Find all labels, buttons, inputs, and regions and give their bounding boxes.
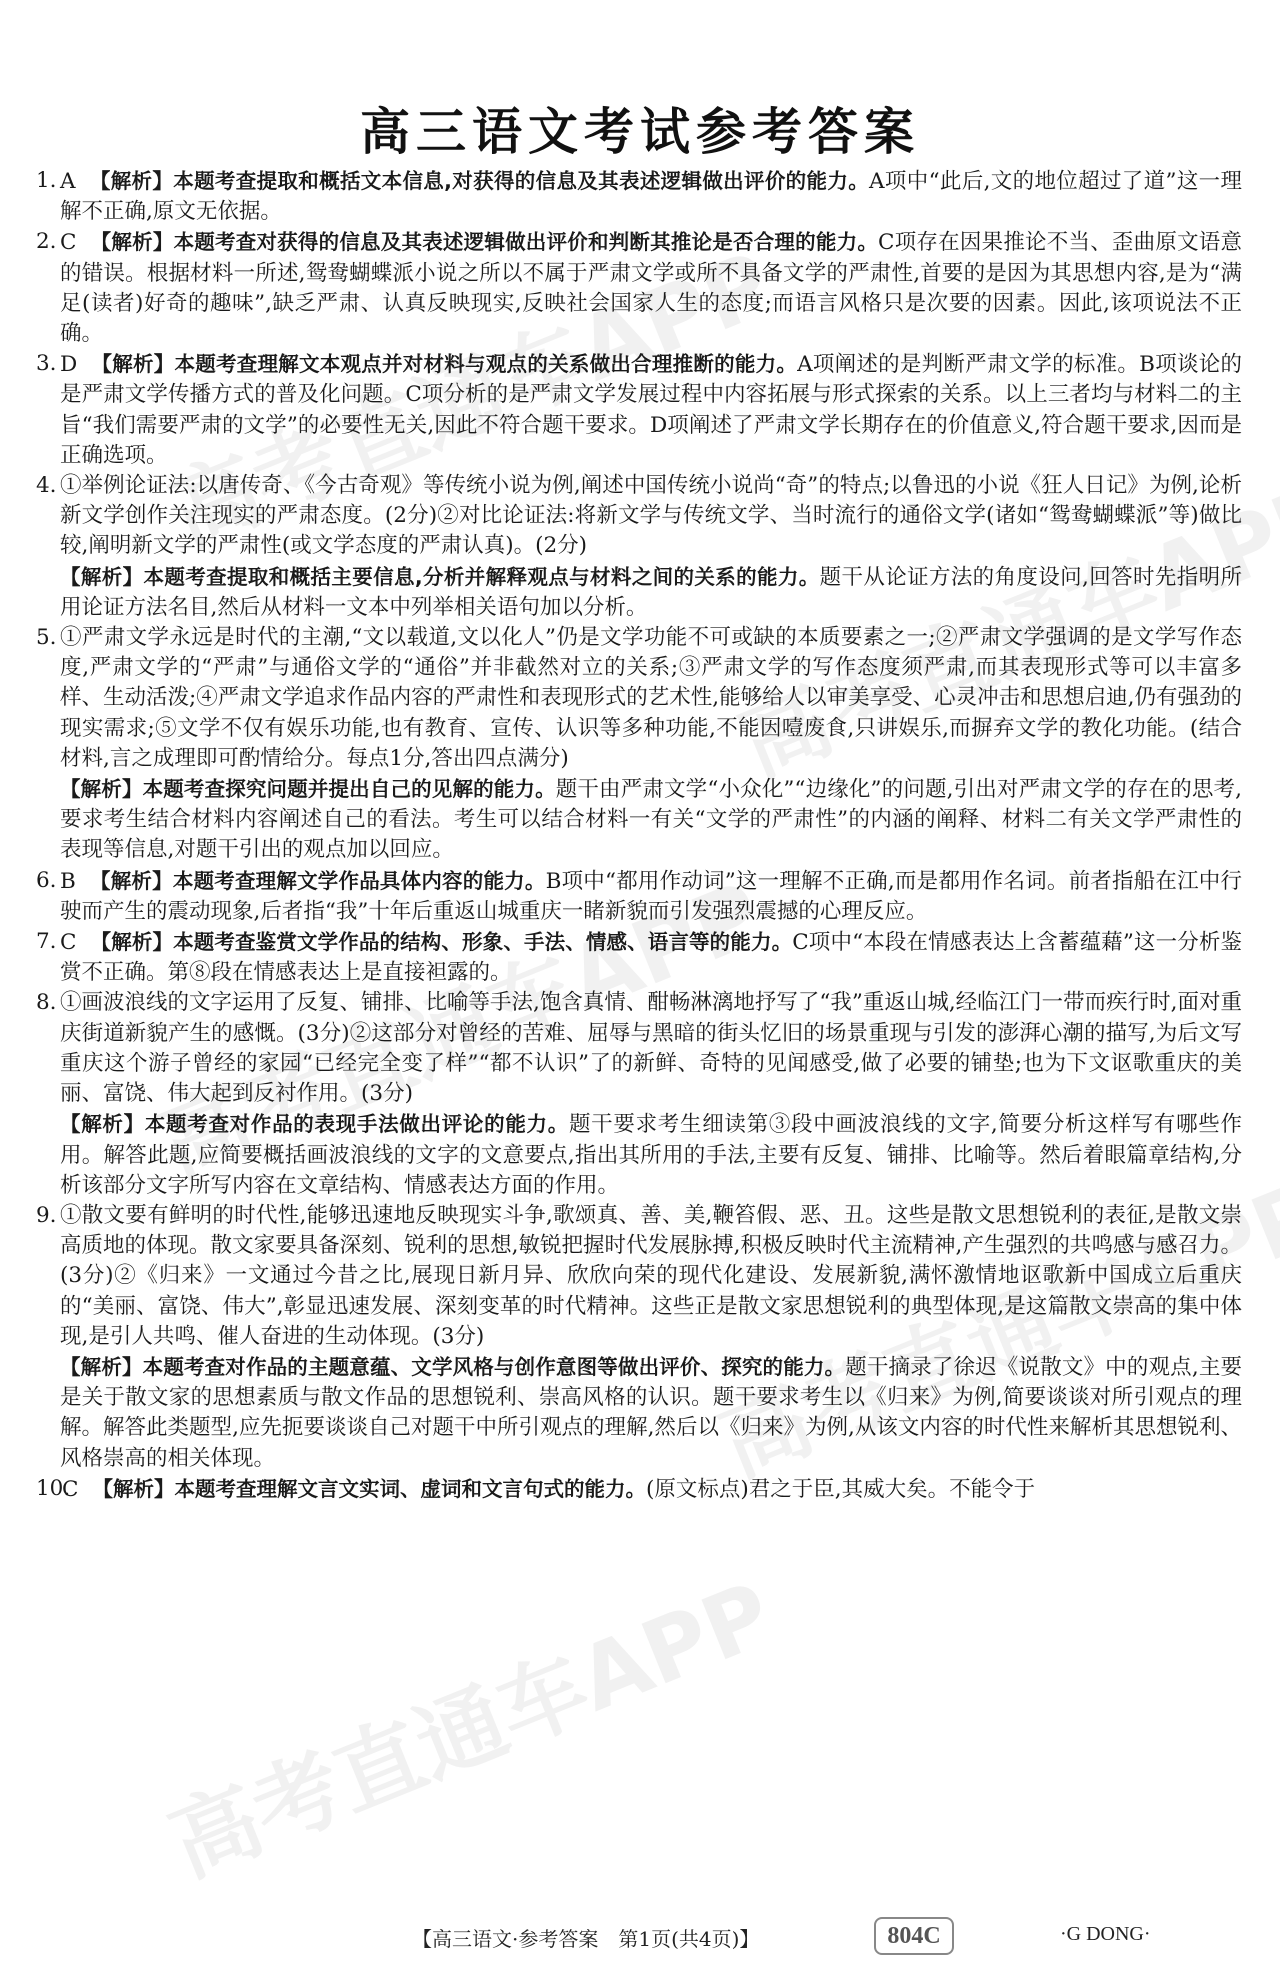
exam-code-badge: 804C <box>874 1917 954 1955</box>
analysis-summary: 本题考查对作品的主题意蕴、文学风格与创作意图等做出评价、探究的能力。 <box>143 1355 846 1379</box>
answer-item-2: 2. C【解析】本题考查对获得的信息及其表述逻辑做出评价和判断其推论是否合理的能… <box>36 227 1242 349</box>
answer-list: 1. A【解析】本题考查提取和概括文本信息,对获得的信息及其表述逻辑做出评价的能… <box>36 166 1242 1505</box>
analysis-text: (原文标点)君之于臣,其威大矣。不能令于 <box>646 1477 1035 1502</box>
analysis-tag: 【解析】 <box>92 1477 174 1501</box>
answer-choice: B <box>60 869 76 894</box>
analysis-summary: 本题考查对获得的信息及其表述逻辑做出评价和判断其推论是否合理的能力。 <box>174 230 878 254</box>
analysis-tag: 【解析】 <box>90 930 173 954</box>
analysis-tag: 【解析】 <box>60 1112 145 1136</box>
answer-item-1: 1. A【解析】本题考查提取和概括文本信息,对获得的信息及其表述逻辑做出评价的能… <box>36 166 1242 227</box>
footer-page-label: 【高三语文·参考答案 第1页(共4页)】 <box>412 1923 759 1952</box>
analysis-summary: 本题考查提取和概括文本信息,对获得的信息及其表述逻辑做出评价的能力。 <box>173 169 869 193</box>
question-number: 5. <box>36 623 62 653</box>
analysis-summary: 本题考查对作品的表现手法做出评论的能力。 <box>145 1112 569 1136</box>
question-number: 3. <box>36 349 62 379</box>
analysis-block-9: 【解析】本题考查对作品的主题意蕴、文学风格与创作意图等做出评价、探究的能力。题干… <box>36 1352 1242 1474</box>
answer-item-4: 4. ①举例论证法:以唐传奇、《今古奇观》等传统小说为例,阐述中国传统小说尚“奇… <box>36 471 1242 562</box>
analysis-tag: 【解析】 <box>60 777 143 801</box>
answer-text: ①散文要有鲜明的时代性,能够迅速地反映现实斗争,歌颂真、善、美,鞭笞假、恶、丑。… <box>60 1203 1242 1349</box>
footer-brand: ·G DONG· <box>1060 1923 1151 1946</box>
analysis-tag: 【解析】 <box>90 869 173 893</box>
answer-text: ①画波浪线的文字运用了反复、铺排、比喻等手法,饱含真情、酣畅淋漓地抒写了“我”重… <box>60 990 1242 1106</box>
analysis-tag: 【解析】 <box>90 169 174 193</box>
question-number: 1. <box>36 166 62 196</box>
answer-item-9: 9. ①散文要有鲜明的时代性,能够迅速地反映现实斗争,歌颂真、善、美,鞭笞假、恶… <box>36 1201 1242 1352</box>
analysis-tag: 【解析】 <box>90 230 173 254</box>
analysis-summary: 本题考查理解文学作品具体内容的能力。 <box>173 869 546 893</box>
answer-choice: C <box>60 230 76 255</box>
question-number: 8. <box>36 988 62 1018</box>
analysis-tag: 【解析】 <box>60 1355 143 1379</box>
answer-item-5: 5. ①严肃文学永远是时代的主潮,“文以载道,文以化人”仍是文学功能不可或缺的本… <box>36 623 1242 774</box>
analysis-tag: 【解析】 <box>60 565 144 589</box>
analysis-summary: 本题考查探究问题并提出自己的见解的能力。 <box>143 777 556 801</box>
page-title: 高三语文考试参考答案 <box>0 92 1280 164</box>
watermark: 高考直通车APP <box>150 1545 788 1900</box>
question-number: 6. <box>36 866 62 896</box>
analysis-tag: 【解析】 <box>91 352 174 376</box>
answer-text: ①举例论证法:以唐传奇、《今古奇观》等传统小说为例,阐述中国传统小说尚“奇”的特… <box>60 473 1242 558</box>
analysis-block-8: 【解析】本题考查对作品的表现手法做出评论的能力。题干要求考生细读第③段中画波浪线… <box>36 1109 1242 1201</box>
answer-choice: A <box>60 169 76 194</box>
analysis-summary: 本题考查理解文言文实词、虚词和文言句式的能力。 <box>174 1477 646 1501</box>
analysis-block-5: 【解析】本题考查探究问题并提出自己的见解的能力。题干由严肃文学“小众化”“边缘化… <box>36 774 1242 866</box>
page-footer: 【高三语文·参考答案 第1页(共4页)】 804C ·G DONG· <box>0 1915 1280 1955</box>
answer-item-6: 6. B【解析】本题考查理解文学作品具体内容的能力。B项中“都用作动词”这一理解… <box>36 866 1242 927</box>
answer-text: ①严肃文学永远是时代的主潮,“文以载道,文以化人”仍是文学功能不可或缺的本质要素… <box>60 625 1242 771</box>
analysis-summary: 本题考查鉴赏文学作品的结构、形象、手法、情感、语言等的能力。 <box>173 930 792 954</box>
answer-item-7: 7. C【解析】本题考查鉴赏文学作品的结构、形象、手法、情感、语言等的能力。C项… <box>36 927 1242 988</box>
answer-choice: C <box>60 930 76 955</box>
analysis-block-4: 【解析】本题考查提取和概括主要信息,分析并解释观点与材料之间的关系的能力。题干从… <box>36 562 1242 623</box>
question-number: 4. <box>36 471 62 501</box>
analysis-summary: 本题考查提取和概括主要信息,分析并解释观点与材料之间的关系的能力。 <box>144 565 820 589</box>
question-number: 7. <box>36 927 62 957</box>
answer-item-3: 3. D【解析】本题考查理解文本观点并对材料与观点的关系做出合理推断的能力。A项… <box>36 349 1242 471</box>
analysis-summary: 本题考查理解文本观点并对材料与观点的关系做出合理推断的能力。 <box>175 352 798 376</box>
question-number: 10. <box>36 1474 62 1504</box>
answer-item-10: 10. C【解析】本题考查理解文言文实词、虚词和文言句式的能力。(原文标点)君之… <box>36 1474 1242 1505</box>
question-number: 2. <box>36 227 62 257</box>
question-number: 9. <box>36 1201 62 1231</box>
answer-item-8: 8. ①画波浪线的文字运用了反复、铺排、比喻等手法,饱含真情、酣畅淋漓地抒写了“… <box>36 988 1242 1109</box>
answer-choice: D <box>60 352 77 377</box>
